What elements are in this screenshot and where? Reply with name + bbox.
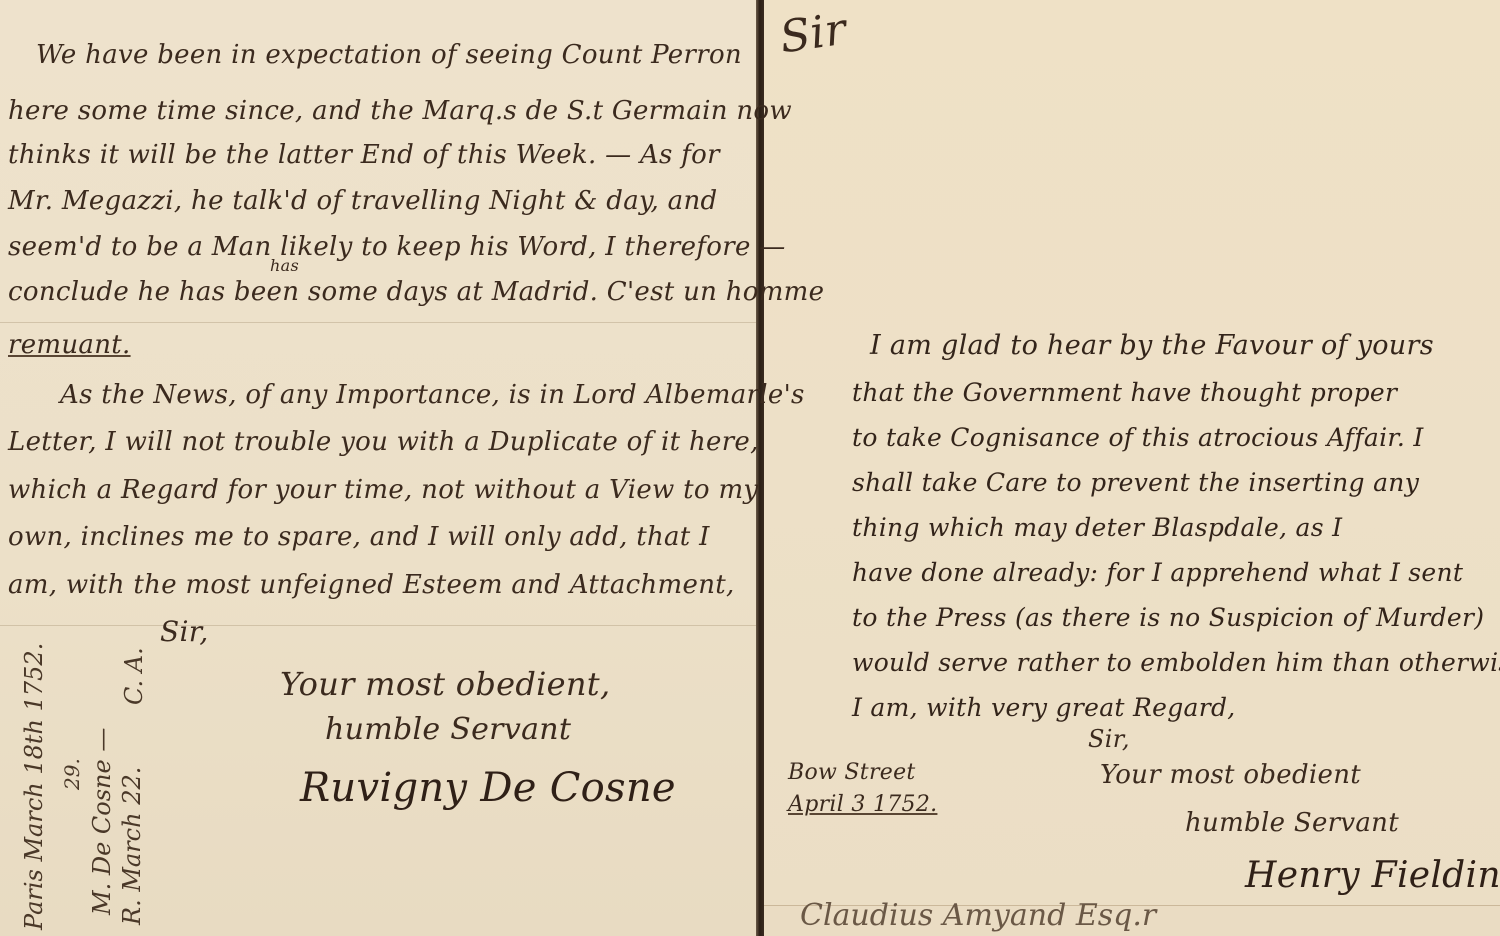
- letter-line: thing which may deter Blaspdale, as I: [852, 513, 1342, 542]
- right-closing-sir: Sir,: [1088, 725, 1130, 753]
- left-closing-servant: humble Servant: [325, 712, 571, 747]
- book-gutter: [756, 0, 764, 936]
- letter-line: I am, with very great Regard,: [852, 693, 1236, 722]
- letter-line: which a Regard for your time, not withou…: [8, 475, 758, 505]
- letter-line: Mr. Megazzi, he talk'd of travelling Nig…: [8, 186, 717, 216]
- letter-line: We have been in expectation of seeing Co…: [36, 40, 742, 70]
- letter-line: shall take Care to prevent the inserting…: [852, 468, 1419, 497]
- letter-line: to the Press (as there is no Suspicion o…: [852, 603, 1484, 632]
- docket-initials: C. A.: [120, 647, 148, 705]
- partial-address: Claudius Amyand Esq.r: [800, 898, 1156, 933]
- letter-line: As the News, of any Importance, is in Lo…: [60, 380, 805, 410]
- right-closing-servant: humble Servant: [1185, 808, 1399, 838]
- letter-line: would serve rather to embolden him than …: [852, 648, 1500, 677]
- address-leaf-strip: Claudius Amyand Esq.r: [764, 905, 1500, 936]
- letter-date: April 3 1752.: [788, 792, 937, 817]
- right-closing-obedient: Your most obedient: [1100, 760, 1361, 790]
- letter-line: I am glad to hear by the Favour of yours: [870, 330, 1434, 361]
- left-signature: Ruvigny De Cosne: [300, 765, 676, 811]
- fold-line: [0, 322, 756, 323]
- docket-number: 29.: [60, 758, 84, 790]
- left-closing-obedient: Your most obedient,: [280, 665, 610, 703]
- letter-line: own, inclines me to spare, and I will on…: [8, 522, 710, 552]
- letter-line: remuant.: [8, 330, 131, 360]
- letter-line: to take Cognisance of this atrocious Aff…: [852, 423, 1424, 452]
- letter-line: have done already: for I apprehend what …: [852, 558, 1463, 587]
- fold-line: [0, 625, 756, 626]
- docket-line: Paris March 18th 1752.: [20, 643, 48, 930]
- letter-line: that the Government have thought proper: [852, 378, 1397, 407]
- letter-line: here some time since, and the Marq.s de …: [8, 96, 792, 126]
- letter-line: thinks it will be the latter End of this…: [8, 140, 720, 170]
- right-signature: Henry Fielding: [1245, 855, 1500, 896]
- docket-line: M. De Cosne —: [88, 728, 116, 915]
- docket-line: R. March 22.: [118, 767, 146, 925]
- right-salutation-sir: Sir: [777, 4, 850, 64]
- letter-place: Bow Street: [788, 760, 916, 785]
- letter-line: am, with the most unfeigned Esteem and A…: [8, 570, 735, 600]
- letter-line: seem'd to be a Man likely to keep his Wo…: [8, 232, 786, 262]
- letter-line: conclude he has been some days at Madrid…: [8, 277, 824, 307]
- letter-line: Letter, I will not trouble you with a Du…: [8, 427, 759, 457]
- left-salutation-sir: Sir,: [160, 615, 209, 648]
- interlinear-insert: has: [270, 256, 299, 275]
